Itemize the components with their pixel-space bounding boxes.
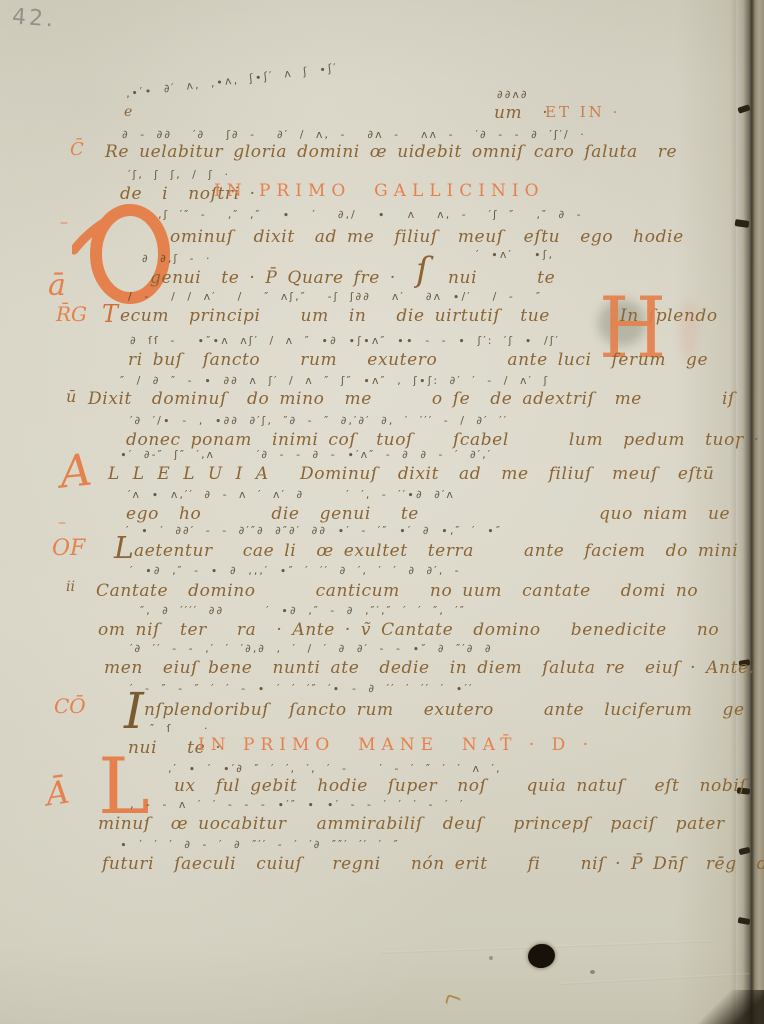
neume-row: ∙ ′ ′ ′ ∂ - ′ ∂ ″′′ - ′ ′∂ ″″′ ′′ ′ ″ <box>120 838 400 851</box>
rubric-heading: IN PRIMO GALLICINIO <box>214 181 545 201</box>
neume-row: ∂∂ʌ∂ <box>497 88 529 101</box>
neume-row: ∂ ∂‚ʃ - · <box>142 252 212 265</box>
margin-letter: ii <box>66 579 75 595</box>
chant-cue-letter: e <box>124 104 133 120</box>
chant-text-line: futuri ſaeculi cuiuſ regni nón erit fi n… <box>102 854 764 874</box>
chant-text-line: nui te <box>448 268 555 288</box>
neume-row: ′ - ″ - ″ ′ ′ - ∙ ′ ′ ′″ ′∙ - ∂ ′′ ′ ′′ … <box>130 682 473 695</box>
neume-row: ∂ - ∂∂ ′∂ ʃ∂ - ∂′ / ʌ‚ - ∂ʌ - ʌʌ - ′∂ - … <box>122 128 586 141</box>
chant-text-line: om niſ ter ra · Ante · ṽ Cantate domino … <box>98 620 719 640</box>
neume-row: ″ / ∂ ″ - ∙ ∂∂ ʌ ʃ′ / ʌ ″ ʃ″ ∙ʌ″ ‚ ʃ∙ʃ: … <box>120 374 549 387</box>
neume-row: ′ʌ ∙ ʌ‚′′ ∂ - ʌ ′ ʌ′ ∂ ′ ′‚ - ′′∙∂ ∂′ʌ <box>128 488 455 501</box>
chant-cue-text: um · <box>494 103 548 123</box>
margin-letter: R̄G <box>56 302 87 326</box>
margin-letter: C̄ <box>70 139 84 160</box>
ink-mark <box>445 994 461 1008</box>
chant-text-line: ux ful gebit hodie ſuper noſ quia natuſ … <box>174 776 764 796</box>
margin-letters: CŌ <box>54 694 86 718</box>
neume-row: / - / / ʌ′ / ″ ʌʃ‚″ -ʃ ʃ∂∂ ʌ′ ∂ʌ ∙/′ / -… <box>128 290 542 303</box>
speck <box>489 956 493 960</box>
tall-stroke: ſ <box>416 250 429 290</box>
chant-text-line: donec ponam inimi coſ tuoſ ſcabel lum pe… <box>126 430 760 450</box>
neume-row: ′ʃ‚ ʃ ʃ‚ / ʃ · <box>128 168 230 181</box>
neume-row: ′ ∙ʌ′ ∙ʃ‚ <box>476 248 554 261</box>
neume-row: ′ ∙ ′ ∂∂′ - - ∂′″∂ ∂″∂′ ∂∂ ∙′ - ′″ ∙′ ∂ … <box>126 524 502 537</box>
chant-text-line: Dixit dominuſ do mino me o ſe de adextri… <box>88 389 735 409</box>
neume-row: ″ ſ · <box>150 722 209 735</box>
folio-number: 42. <box>11 4 57 32</box>
neume-row: ‚ - - ʌ ′ ′ - - - ∙′″ ∙ ∙′ - - ′ ′ ′ - ′… <box>130 798 464 811</box>
chant-text-line: minuſ œ uocabitur ammirabiliſ deuſ princ… <box>98 814 725 834</box>
neume-row: ‚∙′∙ ∂′ ʌ‚ ‚∙ʌ‚ ʃ∙ʃ′ ʌ ʃ ∙ʃ′ <box>125 61 339 100</box>
margin-letter: ā <box>48 268 66 303</box>
neume-row: ′ ∙∂ ‚″ - ∙ ∂ ‚‚‚′ ∙″ ′ ′′ ∂ ′‚ ′ ′ ∂ ∂′… <box>130 564 461 577</box>
neume-row: ′∂ ′/∙ - ‚ ∙∂∂ ∂′ʃ‚ ″∂ - ″ ∂‚′∂′ ∂‚ ′ ′′… <box>130 414 508 427</box>
margin-letter: ū <box>66 387 76 406</box>
rubric-cue: ET IN · <box>545 103 620 121</box>
manuscript-page: 42. ‚∙′∙ ∂′ ʌ‚ ‚∙ʌ‚ ʃ∙ʃ′ ʌ ʃ ∙ʃ′ ∂∂ʌ∂ e … <box>0 0 764 1024</box>
speck <box>590 970 595 974</box>
dark-corner-shadow <box>674 990 764 1024</box>
initial-t: T <box>102 302 118 326</box>
neume-row: ‚ʃ ′″ - ‚″ ‚″ ∙ ′ ∂‚/ ∙ ʌ ʌ‚ - ′ʃ ″ ‚″ ∂… <box>158 208 583 221</box>
chant-text-line: genui te · P̄ Quare fre · <box>150 268 396 288</box>
chant-text-line: ominuſ dixit ad me filiuſ meuſ eſtu ego … <box>170 227 684 247</box>
chant-text-line: nſplendoribuſ ſancto rum exutero ante lu… <box>144 700 745 720</box>
margin-dash: – <box>60 212 68 231</box>
neume-row: ′∂ ′′ - - ‚′ ′ ′∂‚∂ ‚ ′ / ′ ∂ ∂′ - - ∙″ … <box>130 642 493 655</box>
neume-row: ∙′ ∂-″ ʃ″ ′‚ʌ ′∂ - - ∂ - ∙′ʌ″ - ∂ ∂ - ′ … <box>120 448 492 461</box>
chant-text-line: men eiuſ bene nunti ate dedie in diem ſa… <box>104 658 755 678</box>
chant-text-line: Dominuſ dixit ad me filiuſ meuſ eſtū <box>300 464 714 484</box>
chant-text-line: ri buſ ſancto rum exutero ante luci feru… <box>128 350 708 370</box>
rubric-heading: IN PRIMO MANE NAT̄ · D · <box>198 735 594 755</box>
margin-letters: OF <box>52 536 85 561</box>
margin-dash: – <box>58 512 66 531</box>
chant-text-line: ego ho die genui te quo niam ue nit · <box>126 504 764 524</box>
neume-row: ‚′ ∙ ′ ∙′∂ ″ ′ ′‚ ′‚ ′ - ′ - ′ ″ ′ ′ ʌ ′… <box>168 762 502 775</box>
chant-text-line: Re uelabitur gloria domini œ uidebit omn… <box>105 142 677 162</box>
initial-a: A <box>58 448 94 495</box>
initial-l-brown: L <box>114 534 134 564</box>
initial-i: I <box>124 686 144 736</box>
neume-row: ″‚ ∂ ′′′′ ∂∂ ′ ∙∂ ‚″ - ∂ ‚″′‚″ ′ ′ ″‚ ′″ <box>140 604 466 617</box>
neume-row: ∂ ſſ - ∙″∙ʌ ʌʃ′ / ʌ ″ ∙∂ ∙ʃ∙ʌ″ ∙∙ - - ∙ … <box>130 334 560 347</box>
chant-text-line: aetentur cae li œ exultet terra ante fac… <box>134 541 738 561</box>
chant-text-line: Cantate domino canticum no uum cantate d… <box>96 581 698 601</box>
chant-text-caps: L L E L U I A <box>108 464 270 484</box>
margin-letter: Ā <box>43 773 71 814</box>
